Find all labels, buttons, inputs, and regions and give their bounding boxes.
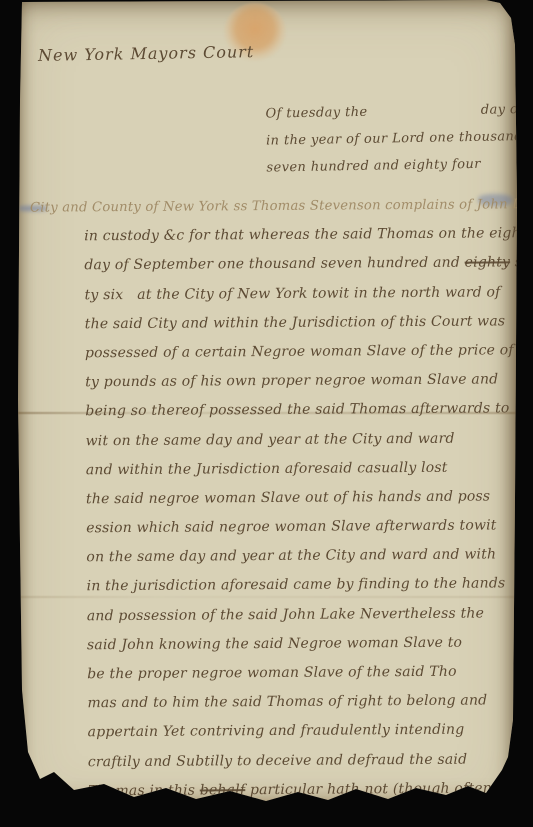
line-text: in the jurisdiction aforesaid came by fi… xyxy=(87,576,506,595)
manuscript-line: in custody &c for that whereas the said … xyxy=(18,219,515,252)
line-text: ession which said negroe woman Slave aft… xyxy=(86,517,497,536)
line-text: mas and to him the said Thomas of right … xyxy=(87,693,487,712)
line-text: possessed of a certain Negroe woman Slav… xyxy=(85,342,533,361)
line-text: on the same day and year at the City and… xyxy=(86,547,496,566)
line-text: wit on the same day and year at the City… xyxy=(86,430,455,449)
line-text: the said negroe woman Slave out of his h… xyxy=(86,488,490,507)
line-text: particular hath not (though often xyxy=(245,780,492,798)
date-line: in the year of our Lord one thousand xyxy=(266,122,533,154)
manuscript-body: City and County of New York ss Thomas St… xyxy=(18,190,519,806)
manuscript-line: ession which said negroe woman Slave aft… xyxy=(20,511,517,544)
manuscript-page: New York Mayors Court Of tuesday the day… xyxy=(16,0,517,816)
manuscript-line: being so thereof possessed the said Thom… xyxy=(19,395,516,428)
manuscript-line: on the same day and year at the City and… xyxy=(20,541,517,574)
struck-word: behalf xyxy=(200,782,246,798)
manuscript-line: be the proper negroe woman Slave of the … xyxy=(21,657,518,690)
date-block: Of tuesday the day of Mayin the year of … xyxy=(265,95,533,181)
line-text: ty six at the City of New York towit in … xyxy=(85,284,501,303)
line-text: being so thereof possessed the said Thom… xyxy=(85,401,509,420)
manuscript-line: ty six at the City of New York towit in … xyxy=(18,278,515,311)
line-text: seven xyxy=(510,254,533,270)
line-text: the said City and within the Jurisdictio… xyxy=(85,313,506,332)
manuscript-line: appertain Yet contriving and fraudulentl… xyxy=(22,716,519,749)
line-text: ty pounds as of his own proper negroe wo… xyxy=(85,372,498,391)
line-text: City and County of New York ss Thomas St… xyxy=(30,197,533,216)
date-line: seven hundred and eighty four xyxy=(266,149,533,181)
struck-word: eighty xyxy=(465,255,511,271)
line-text: craftily and Subtilly to deceive and def… xyxy=(88,751,467,770)
line-text: in custody &c for that whereas the said … xyxy=(84,225,533,244)
manuscript-line: the said negroe woman Slave out of his h… xyxy=(20,482,517,515)
manuscript-line: City and County of New York ss Thomas St… xyxy=(18,190,515,223)
manuscript-line: wit on the same day and year at the City… xyxy=(19,424,516,457)
line-text: and possession of the said John Lake Nev… xyxy=(87,605,484,624)
line-text: Thomas in this xyxy=(88,782,200,799)
manuscript-line: Thomas in this behalf particular hath no… xyxy=(22,774,519,807)
line-text: said John knowing the said Negroe woman … xyxy=(87,634,462,653)
manuscript-line: said John knowing the said Negroe woman … xyxy=(21,628,518,661)
manuscript-line: and possession of the said John Lake Nev… xyxy=(21,599,518,632)
line-text: and within the Jurisdiction aforesaid ca… xyxy=(86,459,448,478)
manuscript-line: ty pounds as of his own proper negroe wo… xyxy=(19,365,516,398)
manuscript-line: and within the Jurisdiction aforesaid ca… xyxy=(20,453,517,486)
manuscript-line: the said City and within the Jurisdictio… xyxy=(19,307,516,340)
document-heading: New York Mayors Court xyxy=(38,42,255,65)
line-text: appertain Yet contriving and fraudulentl… xyxy=(88,722,465,741)
manuscript-line: craftily and Subtilly to deceive and def… xyxy=(22,745,519,778)
line-text: day of September one thousand seven hund… xyxy=(84,255,464,274)
manuscript-line: possessed of a certain Negroe woman Slav… xyxy=(19,336,516,369)
manuscript-line: day of September one thousand seven hund… xyxy=(18,249,515,282)
line-text: be the proper negroe woman Slave of the … xyxy=(87,664,457,683)
photo-background: New York Mayors Court Of tuesday the day… xyxy=(0,0,533,827)
manuscript-line: mas and to him the said Thomas of right … xyxy=(21,686,518,719)
manuscript-line: in the jurisdiction aforesaid came by fi… xyxy=(21,570,518,603)
